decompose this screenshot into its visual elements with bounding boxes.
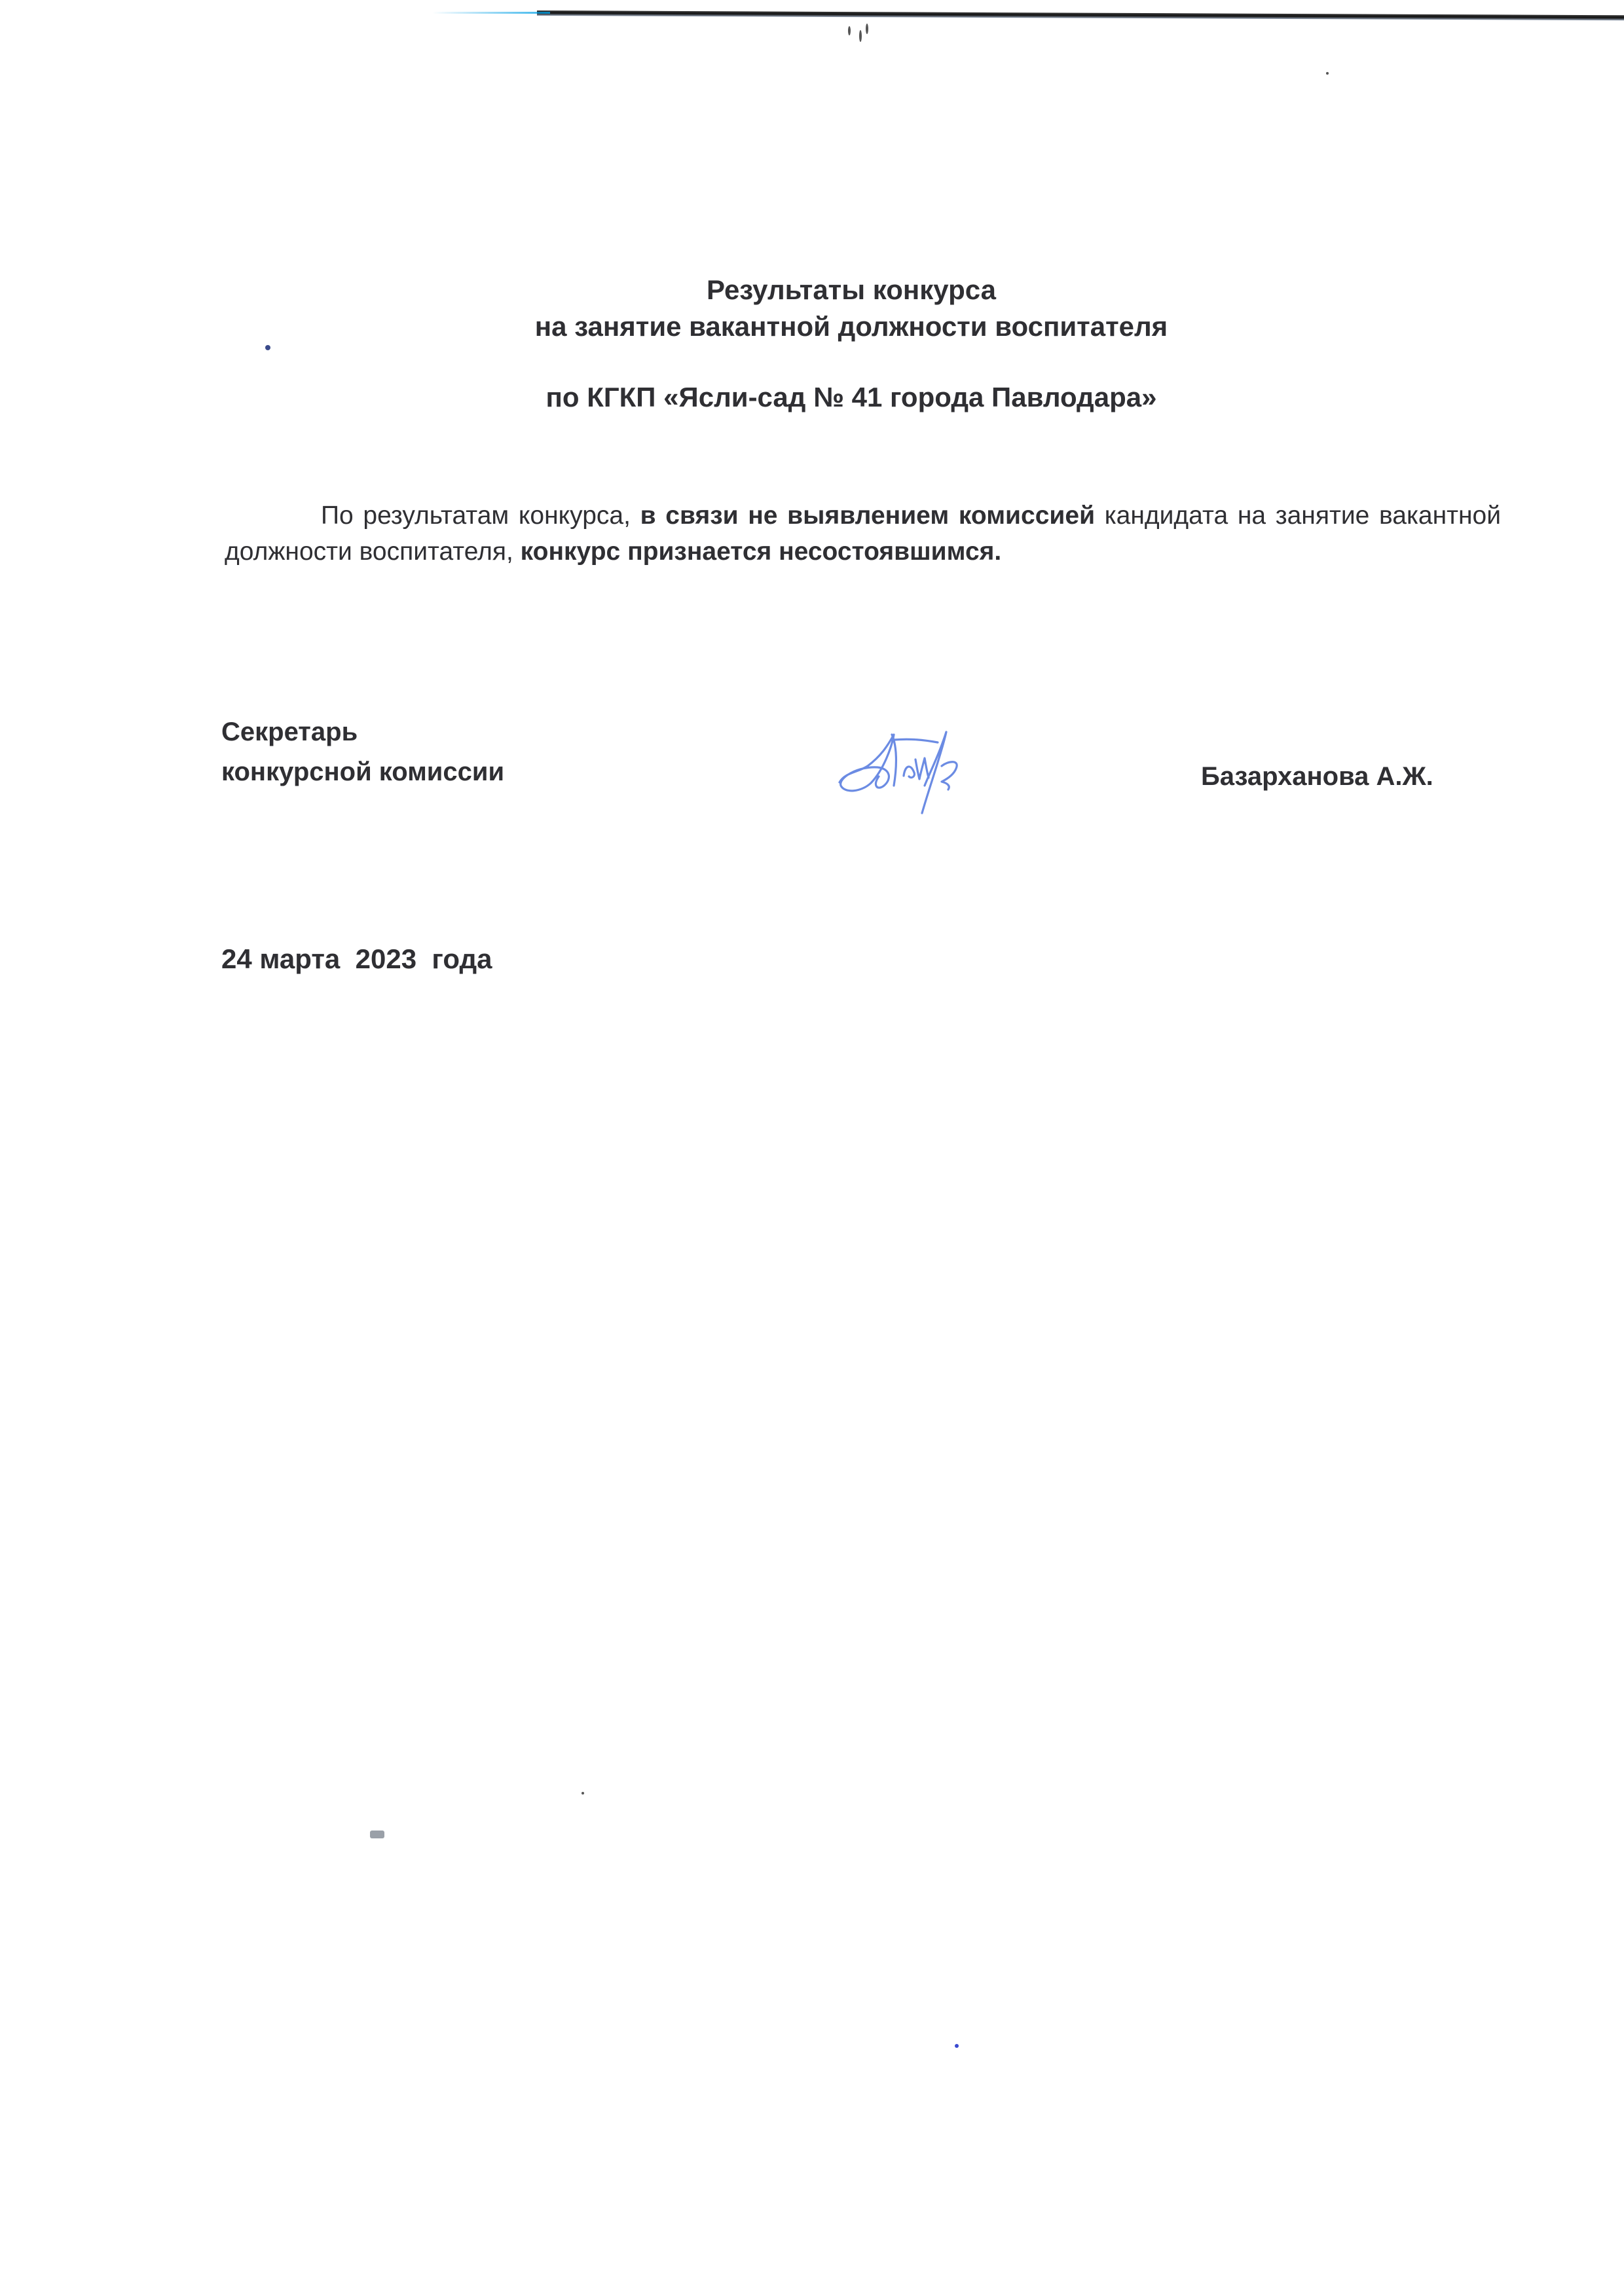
scan-speck (581, 1792, 584, 1795)
scan-speck (1326, 72, 1329, 75)
body-segment-bold: в связи не выявлением комиссией (640, 501, 1095, 530)
body-segment-bold: конкурс признается несостоявшимся. (521, 538, 1002, 566)
document-title: Результаты конкурса (39, 276, 1624, 304)
scan-speck (859, 30, 862, 42)
document-date: 24 марта 2023 года (221, 945, 492, 973)
scan-speck (370, 1831, 384, 1838)
scan-edge-fade (432, 12, 550, 14)
document-subtitle: на занятие вакантной должности воспитате… (39, 313, 1624, 340)
result-paragraph: По результатам конкурса, в связи не выяв… (225, 498, 1501, 570)
scan-speck (955, 2044, 959, 2048)
scan-edge-line (537, 10, 1624, 20)
scan-speck (265, 345, 270, 350)
scan-speck (866, 24, 868, 34)
body-segment: По результатам конкурса, (321, 501, 640, 530)
scan-speck (848, 26, 851, 35)
signer-name: Базарханова А.Ж. (1201, 763, 1433, 790)
signer-position-line-1: Секретарь (221, 719, 358, 745)
signature-icon (832, 720, 982, 818)
organization-line: по КГКП «Ясли-сад № 41 города Павлодара» (39, 384, 1624, 411)
signer-position-line-2: конкурсной комиссии (221, 759, 504, 785)
